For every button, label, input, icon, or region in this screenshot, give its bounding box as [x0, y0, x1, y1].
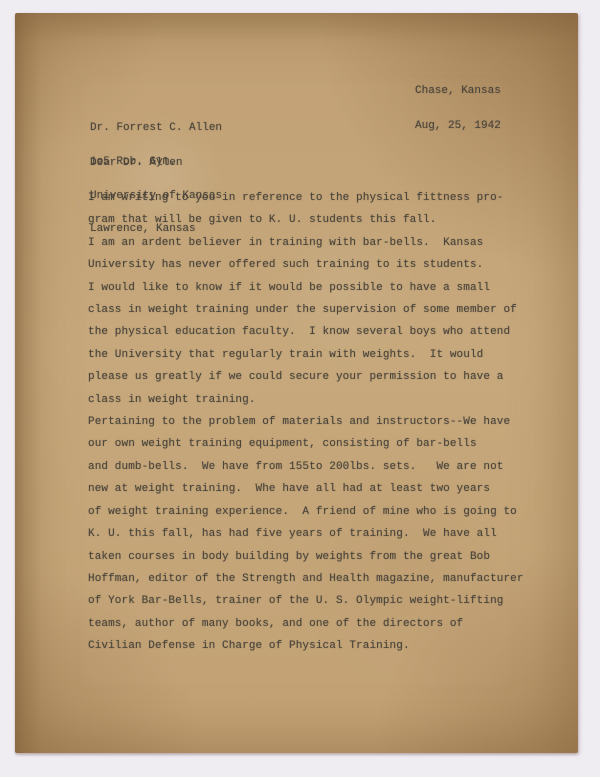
- scan-background: { "letter": { "dateline": { "place": "Ch…: [0, 0, 600, 777]
- recipient-name: Dr. Forrest C. Allen: [90, 123, 222, 134]
- letter-page: Chase, Kansas Aug, 25, 1942 Dr. Forrest …: [15, 13, 578, 753]
- letter-body: I am writing to you in reference to the …: [88, 187, 548, 658]
- dateline: Chase, Kansas Aug, 25, 1942: [415, 63, 501, 156]
- dateline-date: Aug, 25, 1942: [415, 121, 501, 133]
- dateline-place: Chase, Kansas: [415, 86, 501, 98]
- salutation: Dear Dr. Allen: [90, 157, 182, 169]
